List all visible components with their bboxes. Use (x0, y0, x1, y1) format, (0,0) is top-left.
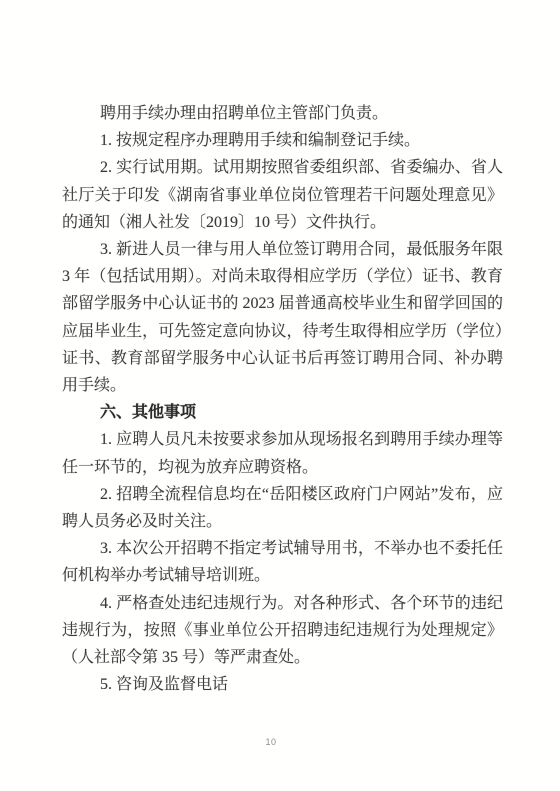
paragraph-item-3-contract: 3. 新进人员一律与用人单位签订聘用合同，最低服务年限 3 年（包括试用期）。对… (62, 236, 503, 399)
paragraph-other-3-no-training: 3. 本次公开招聘不指定考试辅导用书，不举办也不委托任何机构举办考试辅导培训班。 (62, 535, 503, 589)
paragraph-item-1-registration: 1. 按规定程序办理聘用手续和编制登记手续。 (62, 127, 503, 154)
document-page: 聘用手续办理由招聘单位主管部门负责。 1. 按规定程序办理聘用手续和编制登记手续… (0, 0, 560, 791)
paragraph-other-5-hotline: 5. 咨询及监督电话 (62, 671, 503, 698)
paragraph-item-2-probation: 2. 实行试用期。试用期按照省委组织部、省委编办、省人社厅关于印发《湖南省事业单… (62, 154, 503, 236)
paragraph-other-4-violations: 4. 严格查处违纪违规行为。对各种形式、各个环节的违纪违规行为，按照《事业单位公… (62, 590, 503, 672)
paragraph-other-2-website: 2. 招聘全流程信息均在“岳阳楼区政府门户网站”发布，应聘人员务必及时关注。 (62, 481, 503, 535)
text-block: 聘用手续办理由招聘单位主管部门负责。 1. 按规定程序办理聘用手续和编制登记手续… (62, 100, 503, 698)
section-heading-other-matters: 六、其他事项 (62, 399, 503, 426)
page-number: 10 (0, 737, 551, 747)
paragraph-hiring-procedure-intro: 聘用手续办理由招聘单位主管部门负责。 (62, 100, 503, 127)
paragraph-other-1-forfeit: 1. 应聘人员凡未按要求参加从现场报名到聘用手续办理等任一环节的，均视为放弃应聘… (62, 426, 503, 480)
